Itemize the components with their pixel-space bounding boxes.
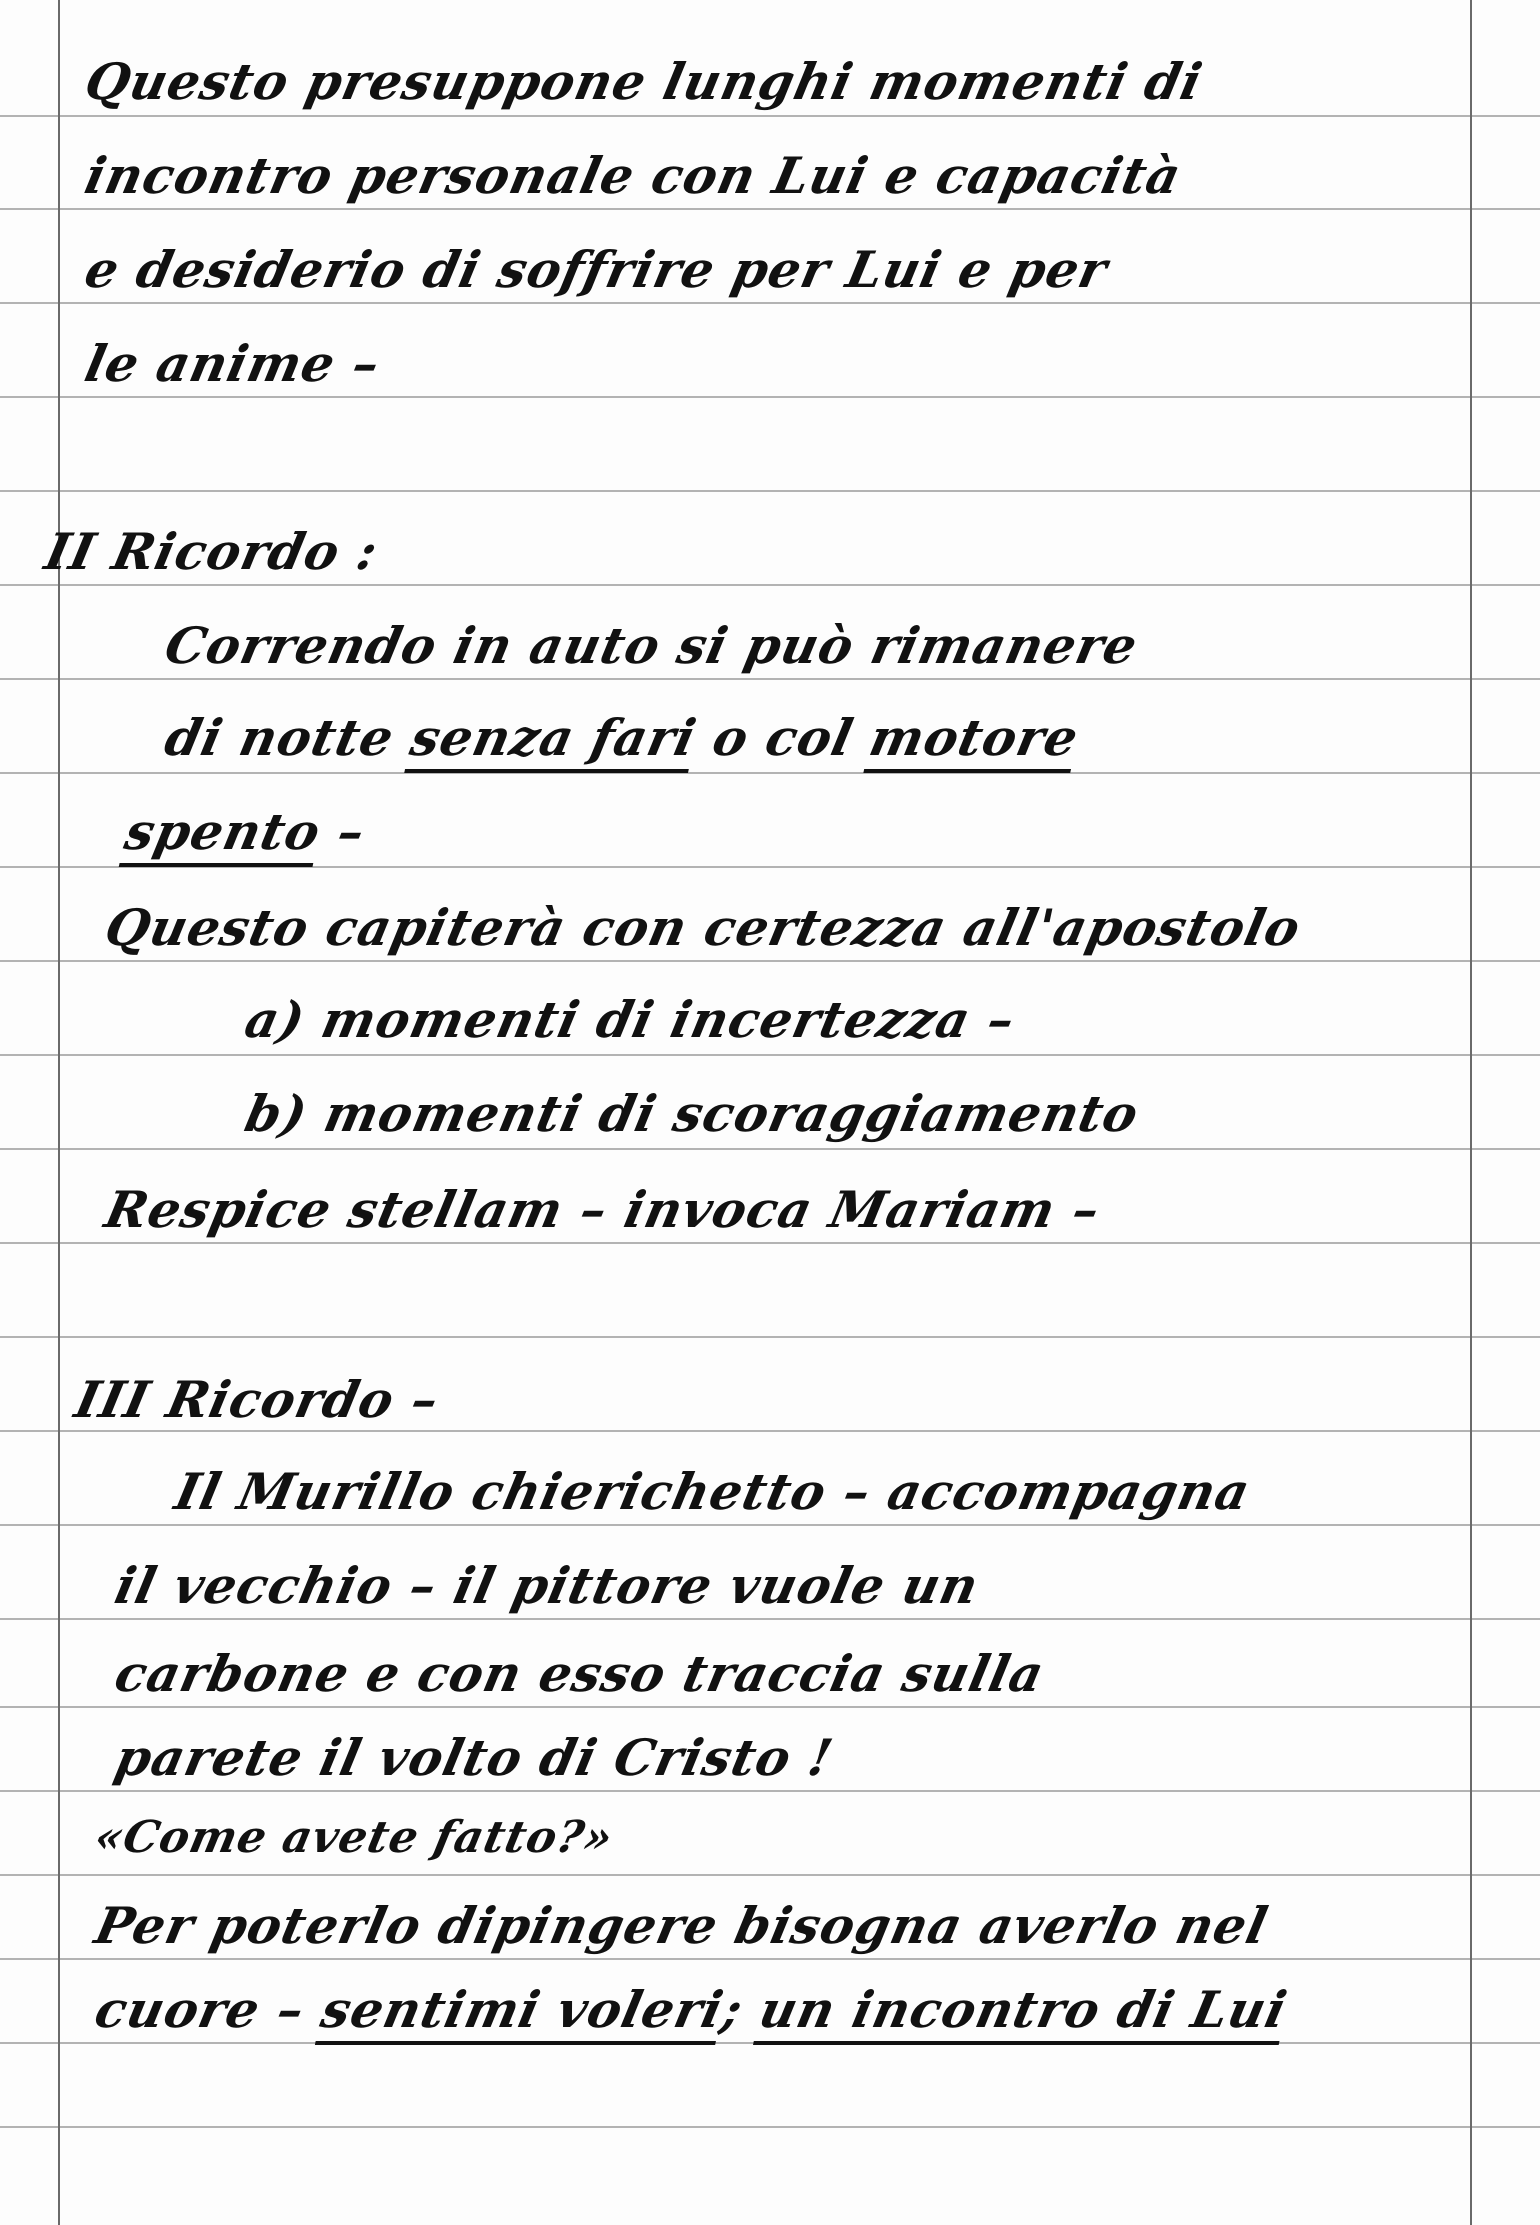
text-line: carbone e con esso traccia sulla — [110, 1644, 1050, 1703]
underlined-text: sentimi voleri — [316, 1980, 729, 2039]
quote-line: «Come avete fatto?» — [90, 1812, 618, 1863]
text-line: spento – — [120, 802, 371, 861]
notebook-page: Questo presuppone lunghi momenti di inco… — [0, 0, 1540, 2225]
text-line: incontro personale con Lui e capacità — [80, 146, 1187, 205]
text-line: Questo presuppone lunghi momenti di — [80, 52, 1208, 111]
underlined-text: un incontro di Lui — [754, 1980, 1292, 2039]
list-item: a) momenti di incertezza – — [240, 990, 1021, 1049]
ruled-line — [0, 1618, 1540, 1620]
text-line: e desiderio di soffrire per Lui e per — [80, 240, 1113, 299]
text-span: o col — [689, 708, 877, 767]
ruled-line — [0, 1148, 1540, 1150]
text-line: le anime – — [80, 334, 386, 393]
text-line: di notte senza fari o col motore — [160, 708, 1084, 767]
ruled-line — [0, 1874, 1540, 1876]
text-line: parete il volto di Cristo ! — [110, 1728, 838, 1787]
section-heading: II Ricordo : — [40, 522, 384, 581]
text-span: cuore – — [90, 1980, 329, 2039]
ruled-line — [0, 1524, 1540, 1526]
ruled-line — [0, 1242, 1540, 1244]
ruled-line — [0, 208, 1540, 210]
ruled-line — [0, 1336, 1540, 1338]
right-margin-line — [1470, 0, 1472, 2225]
ruled-line — [0, 678, 1540, 680]
text-span: di notte — [160, 708, 418, 767]
ruled-line — [0, 2042, 1540, 2044]
ruled-line — [0, 302, 1540, 304]
text-line: Respice stellam – invoca Mariam – — [100, 1180, 1106, 1239]
text-line: Questo capiterà con certezza all'apostol… — [100, 898, 1306, 957]
ruled-line — [0, 772, 1540, 774]
ruled-line — [0, 584, 1540, 586]
text-line: cuore – sentimi voleri; un incontro di L… — [90, 1980, 1292, 2039]
text-line: Per poterlo dipingere bisogna averlo nel — [90, 1896, 1273, 1955]
ruled-line — [0, 960, 1540, 962]
left-margin-line — [58, 0, 60, 2225]
ruled-line — [0, 1706, 1540, 1708]
ruled-line — [0, 2126, 1540, 2128]
list-item: b) momenti di scoraggiamento — [240, 1084, 1144, 1143]
ruled-line — [0, 490, 1540, 492]
text-line: Il Murillo chierichetto – accompagna — [170, 1462, 1256, 1521]
underlined-text: motore — [865, 708, 1084, 767]
text-line: Correndo in auto si può rimanere — [160, 616, 1143, 675]
ruled-line — [0, 396, 1540, 398]
ruled-line — [0, 1958, 1540, 1960]
ruled-line — [0, 1790, 1540, 1792]
underlined-text: senza fari — [405, 708, 701, 767]
underlined-text: spento — [120, 802, 326, 861]
ruled-line — [0, 1430, 1540, 1432]
section-heading: III Ricordo – — [70, 1370, 445, 1429]
ruled-line — [0, 115, 1540, 117]
ruled-line — [0, 866, 1540, 868]
ruled-line — [0, 1054, 1540, 1056]
text-line: il vecchio – il pittore vuole un — [110, 1556, 984, 1615]
